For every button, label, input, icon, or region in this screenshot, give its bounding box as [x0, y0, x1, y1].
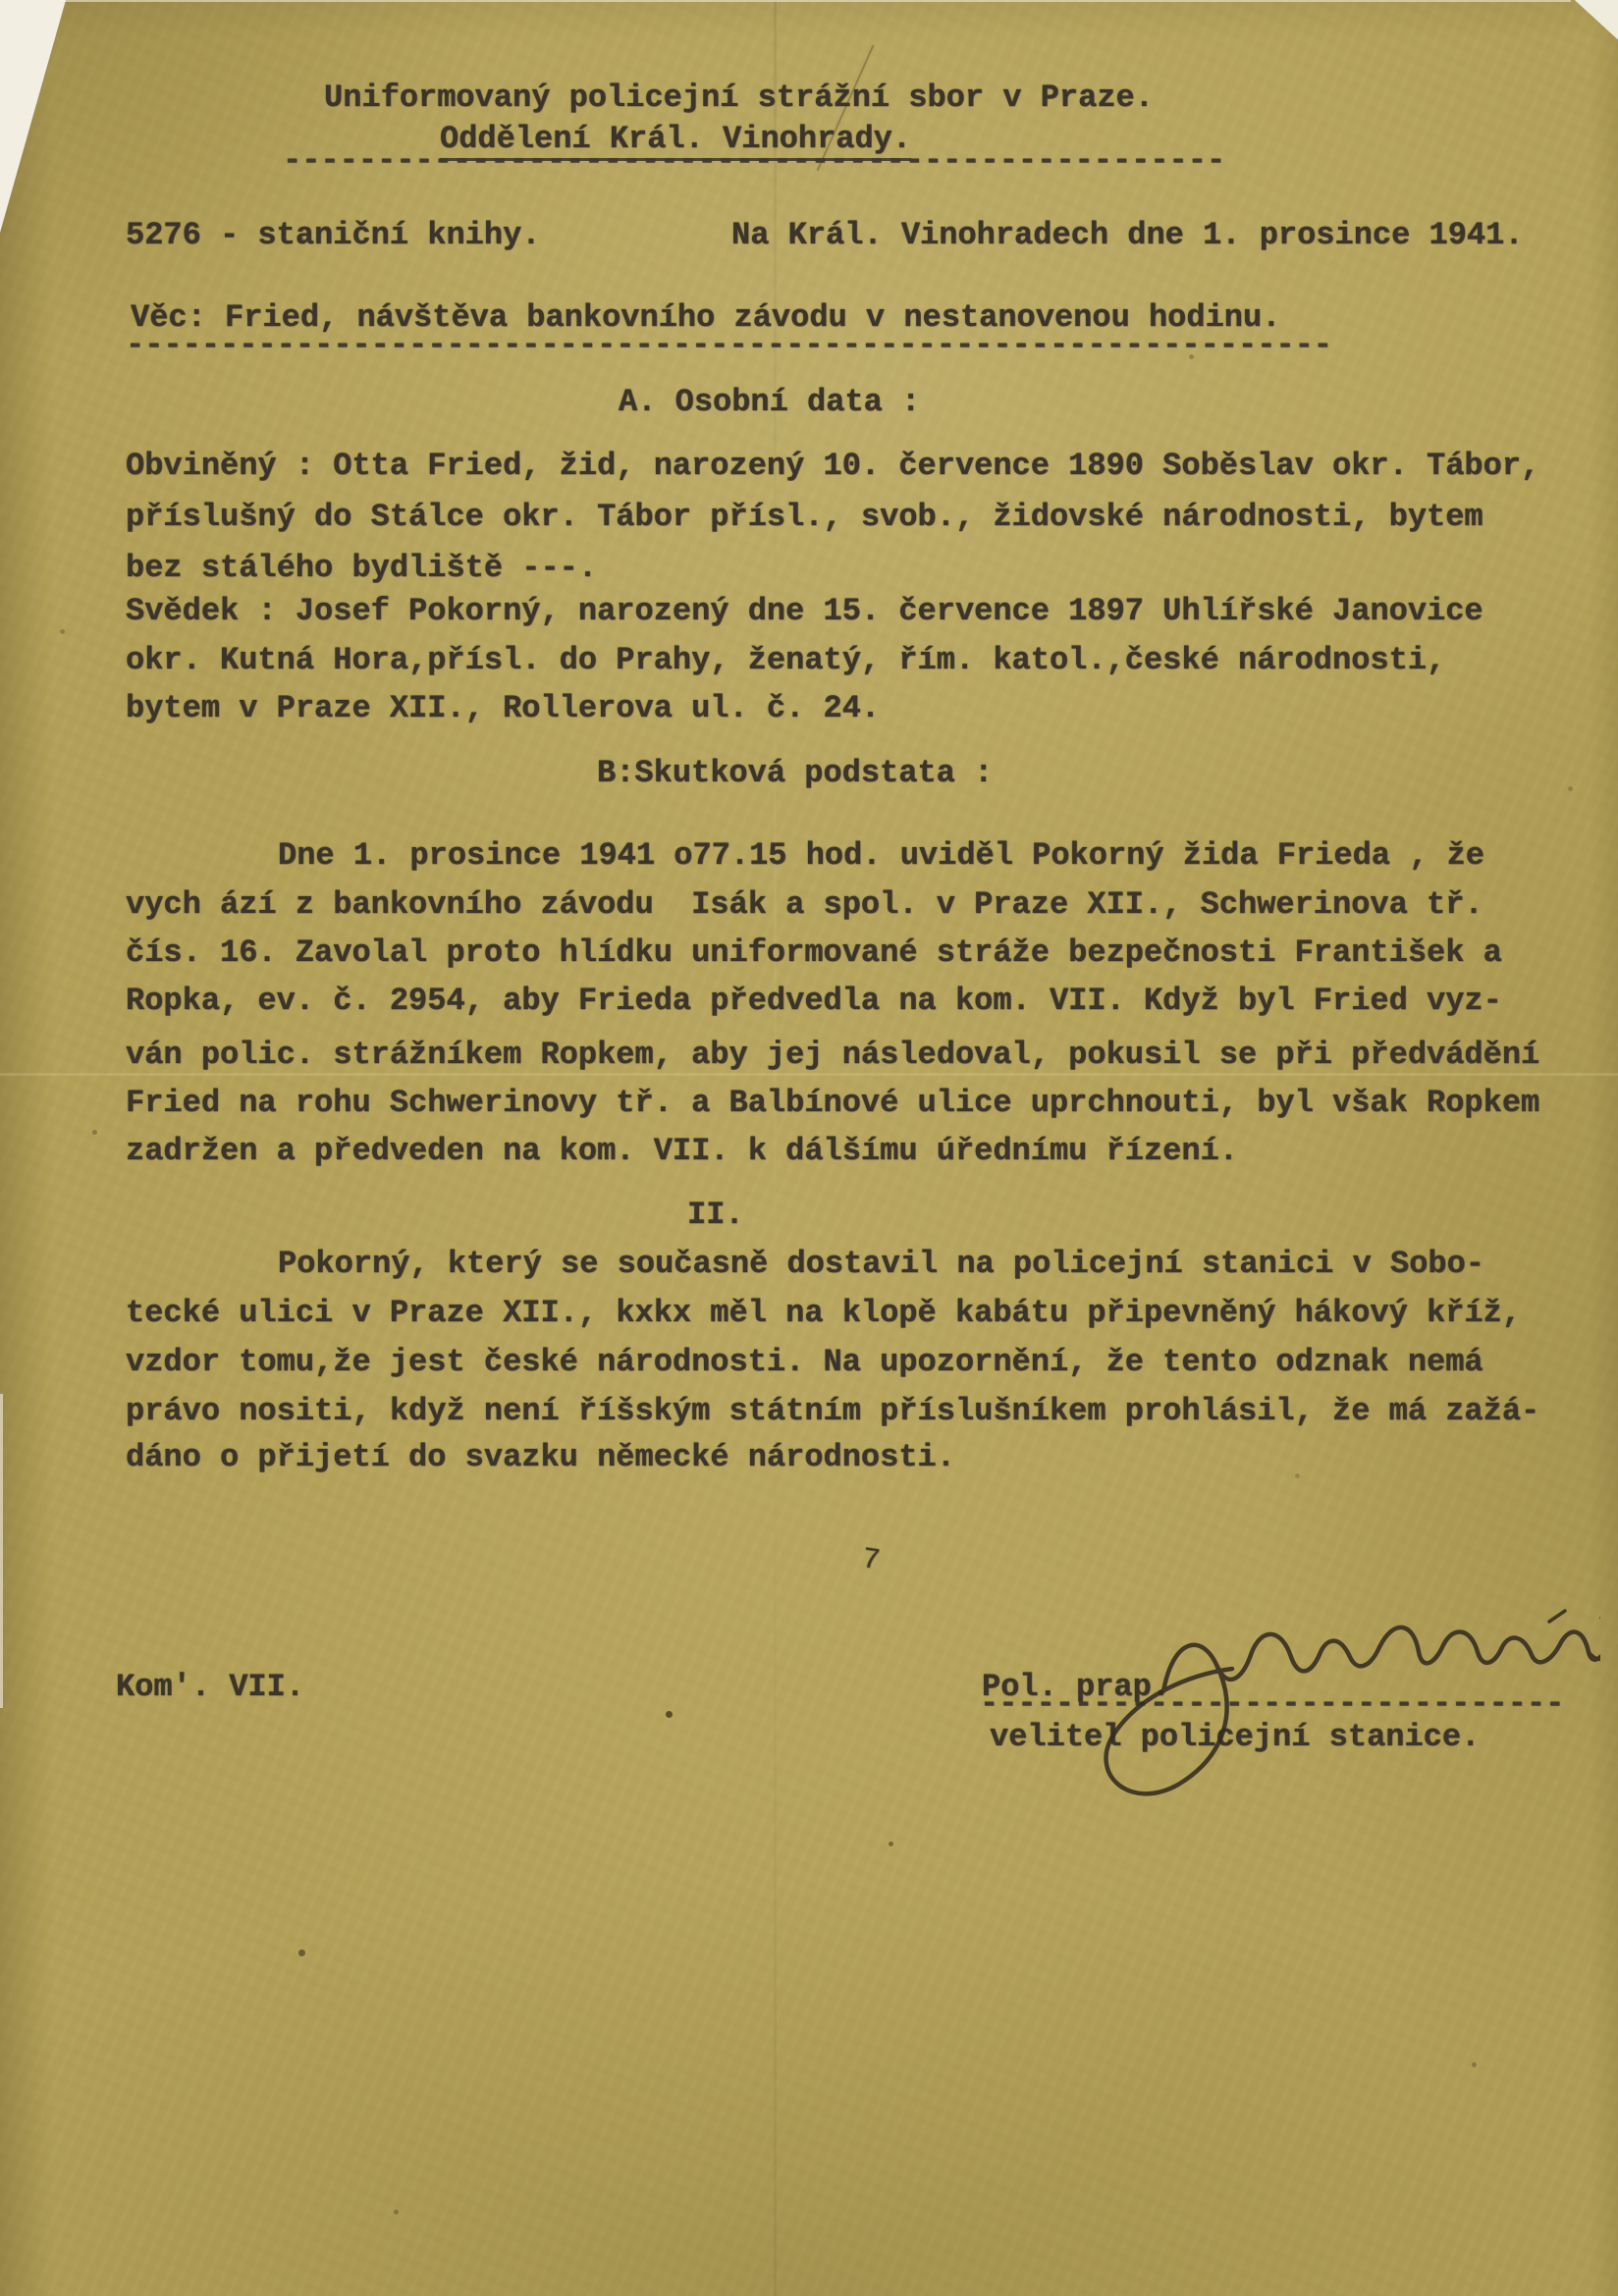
- facts-paragraph-line: Dne 1. prosince 1941 o77.15 hod. uviděl …: [278, 834, 1484, 878]
- accused-paragraph-line: příslušný do Stálce okr. Tábor přísl., s…: [126, 496, 1483, 539]
- document-page: Uniformovaný policejní strážní sbor v Pr…: [0, 0, 1618, 2296]
- section-ii-paragraph-line: vzdor tomu,že jest české národnosti. Na …: [126, 1341, 1483, 1384]
- facts-paragraph-line: Fried na rohu Schwerinovy tř. a Balbínov…: [126, 1082, 1539, 1125]
- witness-paragraph-line: bytem v Praze XII., Rollerova ul. č. 24.: [126, 687, 880, 730]
- witness-paragraph-line: Svědek : Josef Pokorný, narozený dne 15.…: [126, 590, 1483, 633]
- stray-pen-mark: 7: [859, 1538, 883, 1583]
- section-ii-paragraph-line: tecké ulici v Praze XII., kxkx měl na kl…: [126, 1292, 1521, 1335]
- letterhead-line1: Uniformovaný policejní strážní sbor v Pr…: [324, 77, 1154, 120]
- reference-number: 5276 - staniční knihy.: [126, 214, 540, 257]
- subject-dashed-rule: ----------------------------------------…: [126, 324, 1332, 367]
- paper-edge-left: [0, 1394, 3, 1708]
- accused-paragraph-line: bez stálého bydliště ---.: [126, 547, 597, 590]
- torn-corner-top-right: [1571, 0, 1618, 43]
- section-ii-heading: II.: [687, 1194, 744, 1237]
- torn-corner-top-left: [0, 0, 79, 236]
- section-b-heading: B:Skutková podstata :: [597, 752, 993, 795]
- section-ii-paragraph-line: právo nositi, když není říšským státním …: [126, 1390, 1539, 1433]
- facts-paragraph-line: čís. 16. Zavolal proto hlídku uniformova…: [126, 932, 1502, 975]
- facts-paragraph-line: zadržen a předveden na kom. VII. k dálší…: [126, 1130, 1238, 1173]
- footer-kom-vii: Kom'. VII.: [116, 1666, 304, 1709]
- paper-edge-top: [59, 0, 1571, 2]
- facts-paragraph-line: Ropka, ev. č. 2954, aby Frieda předvedla…: [126, 980, 1502, 1023]
- dateline: Na Král. Vinohradech dne 1. prosince 194…: [731, 214, 1524, 257]
- witness-paragraph-line: okr. Kutná Hora,přísl. do Prahy, ženatý,…: [126, 639, 1445, 682]
- section-ii-paragraph-line: Pokorný, který se současně dostavil na p…: [278, 1243, 1484, 1286]
- facts-paragraph-line: vych ází z bankovního závodu Isák a spol…: [126, 883, 1483, 927]
- accused-paragraph-line: Obviněný : Otta Fried, žid, narozený 10.…: [126, 445, 1539, 488]
- section-ii-paragraph-line: dáno o přijetí do svazku německé národno…: [126, 1436, 955, 1479]
- handwritten-signature: [1070, 1598, 1600, 1808]
- facts-paragraph-line: ván polic. strážníkem Ropkem, aby jej ná…: [126, 1034, 1539, 1077]
- section-a-heading: A. Osobní data :: [619, 381, 920, 424]
- letterhead-dashed-rule: ----------------------------------------…: [283, 139, 1225, 183]
